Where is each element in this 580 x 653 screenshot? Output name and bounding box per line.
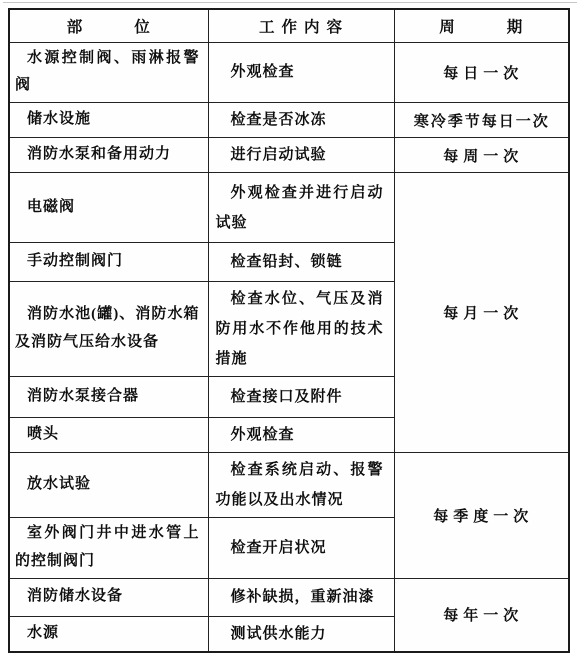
- period-cell: 寒冷季节每日一次: [394, 103, 569, 138]
- work-cell: 检查系统启动、报警功能以及出水情况: [208, 453, 394, 518]
- work-cell: 外观检查并进行启动试验: [208, 173, 394, 243]
- work-cell: 修补缺损，重新油漆: [208, 578, 394, 616]
- maintenance-schedule-table: 部 位 工作内容 周 期 水源控制阀、雨淋报警阀 外观检查 每日一次 储水设施 …: [8, 8, 570, 653]
- table-row: 消防储水设备 修补缺损，重新油漆 每年一次: [9, 578, 569, 616]
- work-cell: 检查是否冰冻: [208, 103, 394, 138]
- work-cell: 检查铅封、锁链: [208, 243, 394, 282]
- part-cell: 水源控制阀、雨淋报警阀: [9, 42, 208, 103]
- table-row: 水源控制阀、雨淋报警阀 外观检查 每日一次: [9, 42, 569, 103]
- table-row: 电磁阀 外观检查并进行启动试验 每月一次: [9, 173, 569, 243]
- part-cell: 室外阀门井中进水管上的控制阀门: [9, 518, 208, 579]
- table-header-row: 部 位 工作内容 周 期: [9, 9, 569, 42]
- period-cell-monthly: 每月一次: [394, 173, 569, 453]
- header-part: 部 位: [9, 9, 208, 42]
- header-period: 周 期: [394, 9, 569, 42]
- part-cell: 水源: [9, 616, 208, 652]
- part-cell: 喷头: [9, 418, 208, 453]
- work-cell: 进行启动试验: [208, 138, 394, 173]
- table-row: 放水试验 检查系统启动、报警功能以及出水情况 每季度一次: [9, 453, 569, 518]
- work-cell: 测试供水能力: [208, 616, 394, 652]
- part-cell: 消防水池(罐)、消防水箱及消防气压给水设备: [9, 282, 208, 377]
- work-cell: 外观检查: [208, 418, 394, 453]
- table-row: 消防水泵和备用动力 进行启动试验 每周一次: [9, 138, 569, 173]
- period-cell: 每周一次: [394, 138, 569, 173]
- part-cell: 储水设施: [9, 103, 208, 138]
- part-cell: 手动控制阀门: [9, 243, 208, 282]
- part-cell: 放水试验: [9, 453, 208, 518]
- work-cell: 检查水位、气压及消防用水不作他用的技术措施: [208, 282, 394, 377]
- work-cell: 检查开启状况: [208, 518, 394, 579]
- part-cell: 消防储水设备: [9, 578, 208, 616]
- period-cell: 每日一次: [394, 42, 569, 103]
- period-cell-quarterly: 每季度一次: [394, 453, 569, 579]
- table-row: 储水设施 检查是否冰冻 寒冷季节每日一次: [9, 103, 569, 138]
- part-cell: 消防水泵接合器: [9, 377, 208, 418]
- work-cell: 检查接口及附件: [208, 377, 394, 418]
- part-cell: 电磁阀: [9, 173, 208, 243]
- scan-artifact-line: [3, 2, 577, 3]
- header-work: 工作内容: [208, 9, 394, 42]
- period-cell-yearly: 每年一次: [394, 578, 569, 652]
- part-cell: 消防水泵和备用动力: [9, 138, 208, 173]
- work-cell: 外观检查: [208, 42, 394, 103]
